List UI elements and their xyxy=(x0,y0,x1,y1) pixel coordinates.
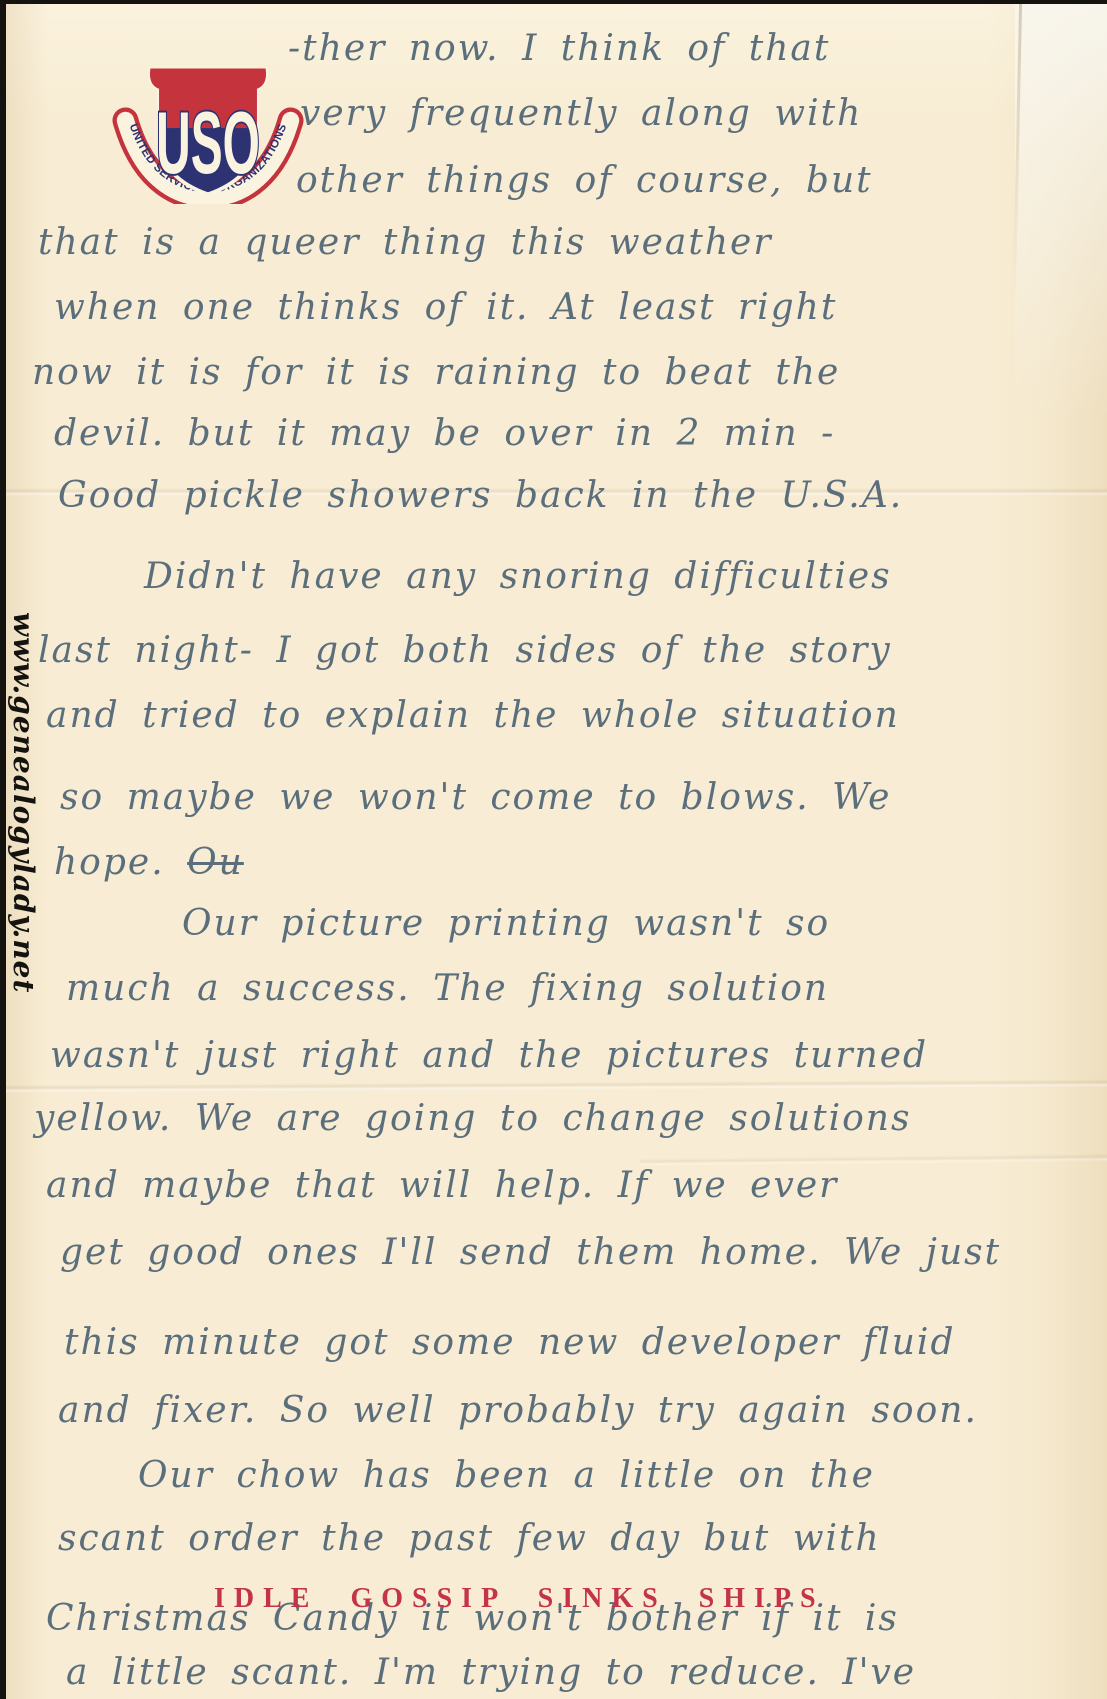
handwritten-line: Didn't have any snoring difficulties xyxy=(144,556,892,597)
handwritten-line: -ther now. I think of that xyxy=(288,28,830,69)
handwritten-line: yellow. We are going to change solutions xyxy=(34,1098,911,1139)
handwritten-line: Our chow has been a little on the xyxy=(138,1455,875,1496)
handwritten-line: Good pickle showers back in the U.S.A. xyxy=(58,475,903,516)
scan-edge-left xyxy=(0,0,6,1699)
uso-logo: UNITED SERVICE ▲ ORGANIZATIONS USO xyxy=(112,56,304,204)
handwritten-line: scant order the past few day but with xyxy=(58,1518,881,1559)
handwritten-line: this minute got some new developer fluid xyxy=(64,1322,956,1363)
handwritten-line: and tried to explain the whole situation xyxy=(46,695,900,736)
handwritten-line: Our picture printing wasn't so xyxy=(182,903,830,944)
handwritten-line: so maybe we won't come to blows. We xyxy=(60,777,891,818)
handwritten-line: that is a queer thing this weather xyxy=(38,222,773,263)
scanner-background-strip xyxy=(1015,0,1107,420)
handwritten-line: devil. but it may be over in 2 min - xyxy=(54,413,835,454)
handwritten-line: wasn't just right and the pictures turne… xyxy=(50,1035,928,1076)
handwritten-line: now it is for it is raining to beat the xyxy=(32,352,840,393)
handwritten-line: and fixer. So well probably try again so… xyxy=(58,1390,978,1431)
handwritten-line: other things of course, but xyxy=(296,160,873,201)
handwritten-line: when one thinks of it. At least right xyxy=(54,287,837,328)
handwritten-line: and maybe that will help. If we ever xyxy=(46,1165,838,1206)
scanned-letter-page: UNITED SERVICE ▲ ORGANIZATIONS USO -ther… xyxy=(0,0,1107,1699)
handwritten-line: a little scant. I'm trying to reduce. I'… xyxy=(66,1652,916,1693)
crossed-out-word: Ou xyxy=(187,842,244,883)
slogan-text: IDLE GOSSIP SINKS SHIPS xyxy=(214,1583,825,1615)
handwritten-line: very frequently along with xyxy=(300,93,862,134)
handwritten-line: get good ones I'll send them home. We ju… xyxy=(60,1232,1001,1273)
scan-edge-top xyxy=(0,0,1107,4)
handwritten-line: last night- I got both sides of the stor… xyxy=(38,630,892,671)
uso-acronym: USO xyxy=(156,93,260,192)
handwritten-line: hope. Ou xyxy=(54,842,244,883)
handwritten-line: much a success. The fixing solution xyxy=(66,968,829,1009)
